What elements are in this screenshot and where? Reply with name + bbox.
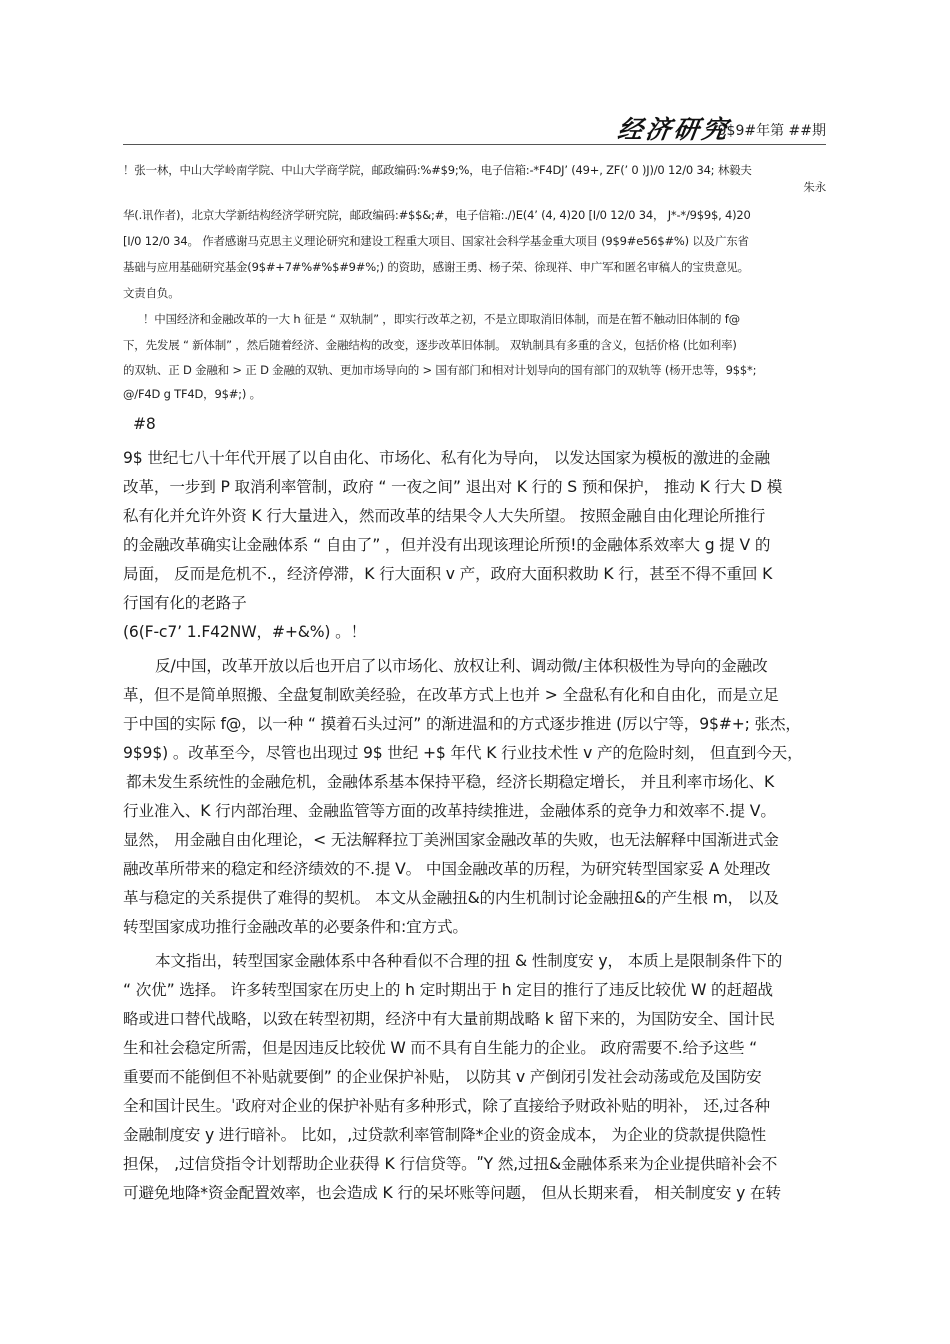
body-line: 转型国家成功推行金融改革的必要条件和:宜方式。 <box>123 915 826 937</box>
footnote-author-line: ！张一林，中山大学岭南学院、中山大学商学院，邮政编码:%#$9;%，电子信箱:-… <box>123 162 826 178</box>
body-line: 生和社会稳定所需，但是因违反比较优 W 而不具有自生能力的企业。 政府需要不.给… <box>123 1036 826 1058</box>
body-line: 行国有化的老路子 <box>123 591 826 613</box>
body-line: 9$ 世纪七八十年代开展了以自由化、市场化、私有化为导向， 以发达国家为模板的激… <box>123 446 826 468</box>
section-heading: #8 <box>133 415 836 433</box>
footnote-dual-track-line: 的双轨、正 D 金融和 > 正 D 金融的双轨、更加市场导向的 > 国有部门和相… <box>123 362 826 378</box>
body-line: 改革，一步到 P 取消利率管制，政府 “ 一夜之间” 退出对 K 行的 S 预和… <box>123 475 826 497</box>
body-line: 私有化并允许外资 K 行大量进入，然而改革的结果令人大失所望。 按照金融自由化理… <box>123 504 826 526</box>
journal-logo: 经济研究 <box>615 110 732 146</box>
body-line: 担保， ,过信贷指令计划帮助企业获得 K 行信贷等。ʺY 然,过扭&金融体系来为… <box>123 1152 826 1174</box>
footnote-dual-track-line: @/F4D g TF4D，9$#;) 。 <box>123 386 826 402</box>
body-line: 显然， 用金融自由化理论，< 无法解释拉丁美洲国家金融改革的失败，也无法解释中国… <box>123 828 826 850</box>
body-line: 9$9$) 。改革至今，尽管也出现过 9$ 世纪 +$ 年代 K 行业技术性 v… <box>123 741 826 763</box>
body-line: 重要而不能倒但不补贴就要倒” 的企业保护补贴， 以防其 v 产倒闭引发社会动荡或… <box>123 1065 826 1087</box>
journal-issue: 9$9#年第 ##期 <box>718 120 826 140</box>
footnote-author-line: [I/0 12/0 34。 作者感谢马克思主义理论研究和建设工程重大项目、国家社… <box>123 233 826 249</box>
body-line: 革与稳定的关系提供了难得的契机。 本文从金融扭&的内生机制讨论金融扭&的产生根 … <box>123 886 826 908</box>
body-line: 行业准入、K 行内部治理、金融监管等方面的改革持续推进，金融体系的竞争力和效率不… <box>123 799 826 821</box>
body-line: 的金融改革确实让金融体系 “ 自由了” ，但并没有出现该理论所预!的金融体系效率… <box>123 533 826 555</box>
footnote-author-line: 基础与应用基础研究基金(9$#+7#%#%$#9#%;) 的资助，感谢王勇、杨子… <box>123 259 826 275</box>
body-line: 都未发生系统性的金融危机，金融体系基本保持平稳，经济长期稳定增长， 并且利率市场… <box>126 770 829 792</box>
body-line: 略或进口替代战略，以致在转型初期，经济中有大量前期战略 k 留下来的，为国防安全… <box>123 1007 826 1029</box>
body-line: 革，但不是简单照搬、全盘复制欧美经验，在改革方式上也并 > 全盘私有化和自由化，… <box>123 683 826 705</box>
body-line: 可避免地降*资金配置效率，也会造成 K 行的呆坏账等问题， 但从长期来看， 相关… <box>123 1181 826 1203</box>
body-line: 反/中国，改革开放以后也开启了以市场化、放权让利、调动微/主体积极性为导向的金融… <box>123 654 826 676</box>
body-line: “ 次优” 选择。 许多转型国家在历史上的 h 定时期出于 h 定目的推行了违反… <box>123 978 826 1000</box>
footnote-author-line: 华(.讯作者)，北京大学新结构经济学研究院，邮政编码:#$$&;#，电子信箱:.… <box>123 207 826 223</box>
body-line: 全和国计民生。ˈ政府对企业的保护补贴有多种形式，除了直接给予财政补贴的明补， 还… <box>123 1094 826 1116</box>
body-line: 本文指出，转型国家金融体系中各种看似不合理的扭 & 性制度安 y， 本质上是限制… <box>123 949 826 971</box>
footnote-dual-track-line: ！中国经济和金融改革的一大 h 征是 “ 双轨制” ，即实行改革之初，不是立即取… <box>123 311 826 327</box>
footnote-author-line: 文责自负。 <box>123 285 826 301</box>
body-line: 金融制度安 y 进行暗补。 比如，,过贷款利率管制降*企业的资金成本， 为企业的… <box>123 1123 826 1145</box>
footnote-dual-track-line: 下，先发展 “ 新体制” ，然后随着经济、金融结构的改变，逐步改革旧体制。 双轨… <box>123 337 826 353</box>
body-line: 于中国的实际 f@，以一种 “ 摸着石头过河” 的渐进温和的方式逐步推进 (厉以… <box>123 712 826 734</box>
footnote-author-line: 朱永 <box>123 179 826 195</box>
header-divider <box>123 144 826 145</box>
body-line: (6(F-c7’ 1.F42NW，#+&%) 。！ <box>123 620 826 642</box>
body-line: 融改革所带来的稳定和经济绩效的不.提 V。 中国金融改革的历程，为研究转型国家妥… <box>123 857 826 879</box>
document-page: 经济研究 9$9#年第 ##期 ！张一林，中山大学岭南学院、中山大学商学院，邮政… <box>0 0 950 1344</box>
body-line: 局面， 反而是危机不.，经济停滞，K 行大面积 v 产，政府大面积救助 K 行，… <box>123 562 826 584</box>
running-header: 经济研究 9$9#年第 ##期 <box>123 110 826 144</box>
